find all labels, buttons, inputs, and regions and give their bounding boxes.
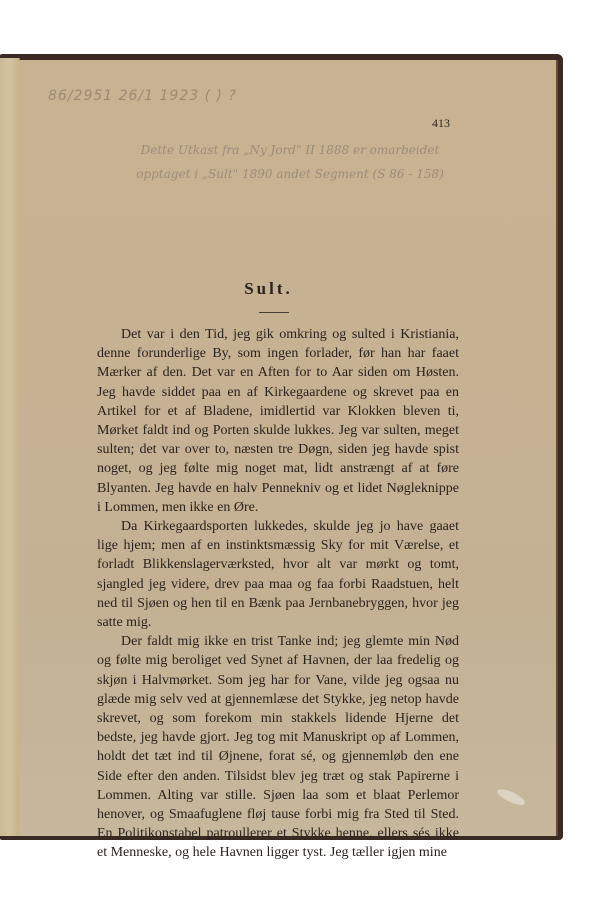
handwritten-catalog-note: 86/2951 26/1 1923 ( ) ? bbox=[48, 88, 237, 104]
paragraph: Det var i den Tid, jeg gik omkring og su… bbox=[97, 325, 459, 517]
chapter-title: Sult. bbox=[0, 279, 537, 299]
page-number: 413 bbox=[432, 116, 450, 131]
body-text: Det var i den Tid, jeg gik omkring og su… bbox=[97, 325, 459, 863]
paragraph: Der faldt mig ikke en trist Tanke ind; j… bbox=[97, 632, 459, 862]
facing-page-edge bbox=[0, 58, 20, 836]
title-divider bbox=[259, 312, 289, 313]
paragraph: Da Kirkegaardsporten lukkedes, skulde je… bbox=[97, 517, 459, 632]
handwritten-annotation: Dette Utkast fra „Ny Jord" II 1888 er om… bbox=[120, 138, 460, 186]
